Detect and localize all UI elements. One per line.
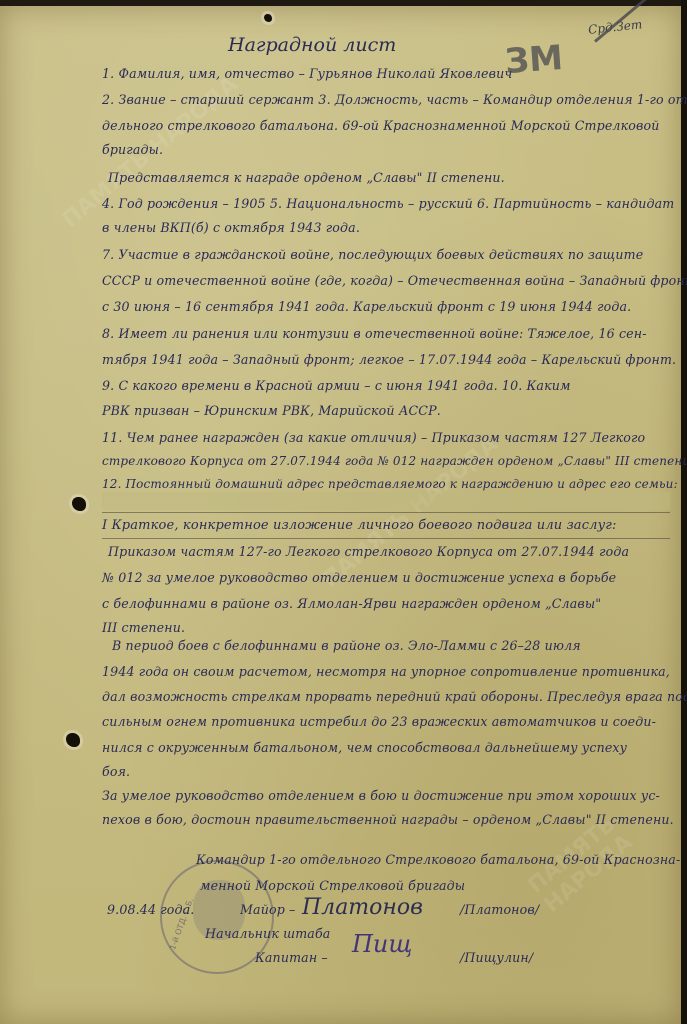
field-line: 2. Звание – старший сержант 3. Должность…: [102, 92, 687, 107]
chief-name: /Пищулин/: [460, 950, 533, 965]
commander-signature: Платонов: [302, 895, 423, 920]
field-line: дельного стрелкового батальона. 69-ой Кр…: [102, 118, 659, 133]
commander-title-line2: менной Морской Стрелковой бригады: [200, 878, 465, 893]
chief-rank: Капитан –: [255, 950, 328, 965]
narrative-line: пехов в бою, достоин правительственной н…: [102, 812, 674, 827]
punch-hole: [72, 497, 86, 511]
field-line: стрелкового Корпуса от 27.07.1944 года №…: [102, 454, 687, 468]
narrative-line: дал возможность стрелкам прорвать передн…: [102, 689, 687, 704]
section-rule-bottom: [102, 538, 670, 539]
field-line: в члены ВКП(б) с октября 1943 года.: [102, 220, 360, 235]
section-rule-top: [102, 512, 670, 513]
field-line: тября 1941 года – Западный фронт; легкое…: [102, 352, 676, 367]
punch-hole: [264, 14, 272, 22]
document-title: Наградной лист: [228, 34, 396, 56]
signing-date: 9.08.44 года.: [107, 902, 194, 917]
commander-title-line1: Командир 1-го отдельного Стрелкового бат…: [196, 852, 680, 867]
narrative-line: боя.: [102, 764, 130, 779]
field-line: с 30 июня – 16 сентября 1941 года. Карел…: [102, 299, 631, 314]
redacted-address-area: [102, 492, 670, 510]
field-line: 4. Год рождения – 1905 5. Национальность…: [102, 196, 674, 211]
narrative-line: В период боев с белофиннами в районе оз.…: [112, 638, 581, 653]
commander-rank: Майор –: [240, 902, 296, 917]
narrative-line: № 012 за умелое руководство отделением и…: [102, 570, 616, 585]
field-line: 12. Постоянный домашний адрес представля…: [102, 477, 678, 491]
field-line: 7. Участие в гражданской войне, последую…: [102, 247, 643, 262]
narrative-line: Приказом частям 127-го Легкого стрелково…: [108, 544, 629, 559]
punch-hole: [66, 733, 80, 747]
corner-handwritten-mark: ЗМ: [504, 38, 565, 82]
scan-edge: [681, 0, 687, 1024]
narrative-line: За умелое руководство отделением в бою и…: [102, 788, 660, 803]
field-line: РВК призван – Юринским РВК, Марийской АС…: [102, 403, 441, 418]
narrative-line: с белофиннами в районе оз. Ялмолан-Ярви …: [102, 596, 601, 611]
field-line: 8. Имеет ли ранения или контузии в отече…: [102, 326, 647, 341]
field-line: СССР и отечественной войне (где, когда) …: [102, 273, 687, 288]
field-line: бригады.: [102, 142, 163, 157]
field-line: 1. Фамилия, имя, отчество – Гурьянов Ник…: [102, 66, 512, 81]
section-header: I Краткое, конкретное изложение личного …: [102, 518, 617, 533]
narrative-line: III степени.: [102, 620, 185, 635]
award-nomination-line: Представляется к награде орденом „Славы"…: [108, 170, 505, 185]
field-line: 11. Чем ранее награжден (за какие отличи…: [102, 430, 645, 445]
narrative-line: сильным огнем противника истребил до 23 …: [102, 714, 656, 729]
chief-of-staff-title: Начальник штаба: [205, 926, 330, 941]
award-sheet-page: [0, 6, 681, 1024]
narrative-line: нился с окруженным батальоном, чем спосо…: [102, 740, 627, 755]
chief-signature: Пищ: [352, 930, 412, 958]
narrative-line: 1944 года он своим расчетом, несмотря на…: [102, 664, 670, 679]
field-line: 9. С какого времени в Красной армии – с …: [102, 378, 571, 393]
commander-name: /Платонов/: [460, 902, 539, 917]
